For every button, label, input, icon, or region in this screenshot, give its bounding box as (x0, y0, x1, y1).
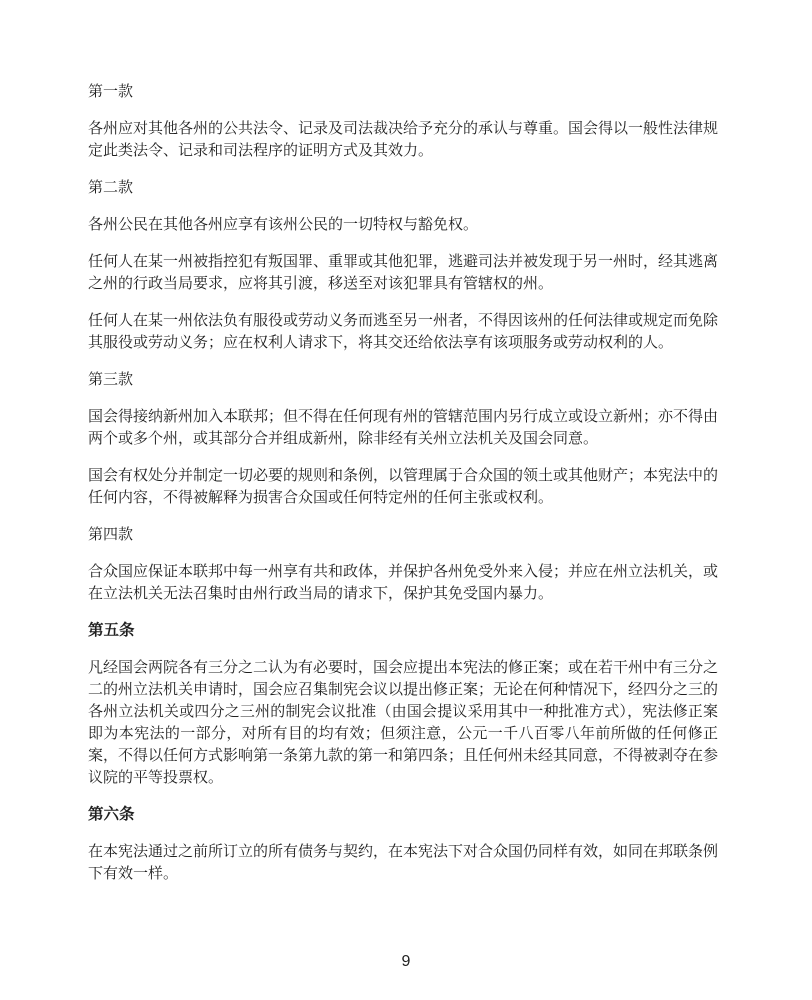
paragraph: 各州公民在其他各州应享有该州公民的一切特权与豁免权。 (88, 214, 718, 236)
section-heading: 第二款 (88, 177, 718, 199)
section-heading: 第四款 (88, 524, 718, 546)
paragraph: 在本宪法通过之前所订立的所有债务与契约，在本宪法下对合众国仍同样有效，如同在邦联… (88, 841, 718, 885)
page-number: 9 (0, 951, 812, 973)
article-heading: 第六条 (88, 804, 718, 826)
paragraph: 任何人在某一州被指控犯有叛国罪、重罪或其他犯罪，逃避司法并被发现于另一州时，经其… (88, 251, 718, 295)
document-body: 第一款各州应对其他各州的公共法令、记录及司法裁决给予充分的承认与尊重。国会得以一… (88, 81, 718, 900)
paragraph: 任何人在某一州依法负有服役或劳动义务而逃至另一州者，不得因该州的任何法律或规定而… (88, 310, 718, 354)
section-heading: 第三款 (88, 369, 718, 391)
paragraph: 国会得接纳新州加入本联邦；但不得在任何现有州的管辖范围内另行成立或设立新州；亦不… (88, 406, 718, 450)
paragraph: 各州应对其他各州的公共法令、记录及司法裁决给予充分的承认与尊重。国会得以一般性法… (88, 118, 718, 162)
section-heading: 第一款 (88, 81, 718, 103)
paragraph: 国会有权处分并制定一切必要的规则和条例，以管理属于合众国的领土或其他财产；本宪法… (88, 465, 718, 509)
paragraph: 凡经国会两院各有三分之二认为有必要时，国会应提出本宪法的修正案；或在若干州中有三… (88, 657, 718, 789)
document-page: 第一款各州应对其他各州的公共法令、记录及司法裁决给予充分的承认与尊重。国会得以一… (0, 0, 812, 1000)
article-heading: 第五条 (88, 620, 718, 642)
paragraph: 合众国应保证本联邦中每一州享有共和政体，并保护各州免受外来入侵；并应在州立法机关… (88, 561, 718, 605)
